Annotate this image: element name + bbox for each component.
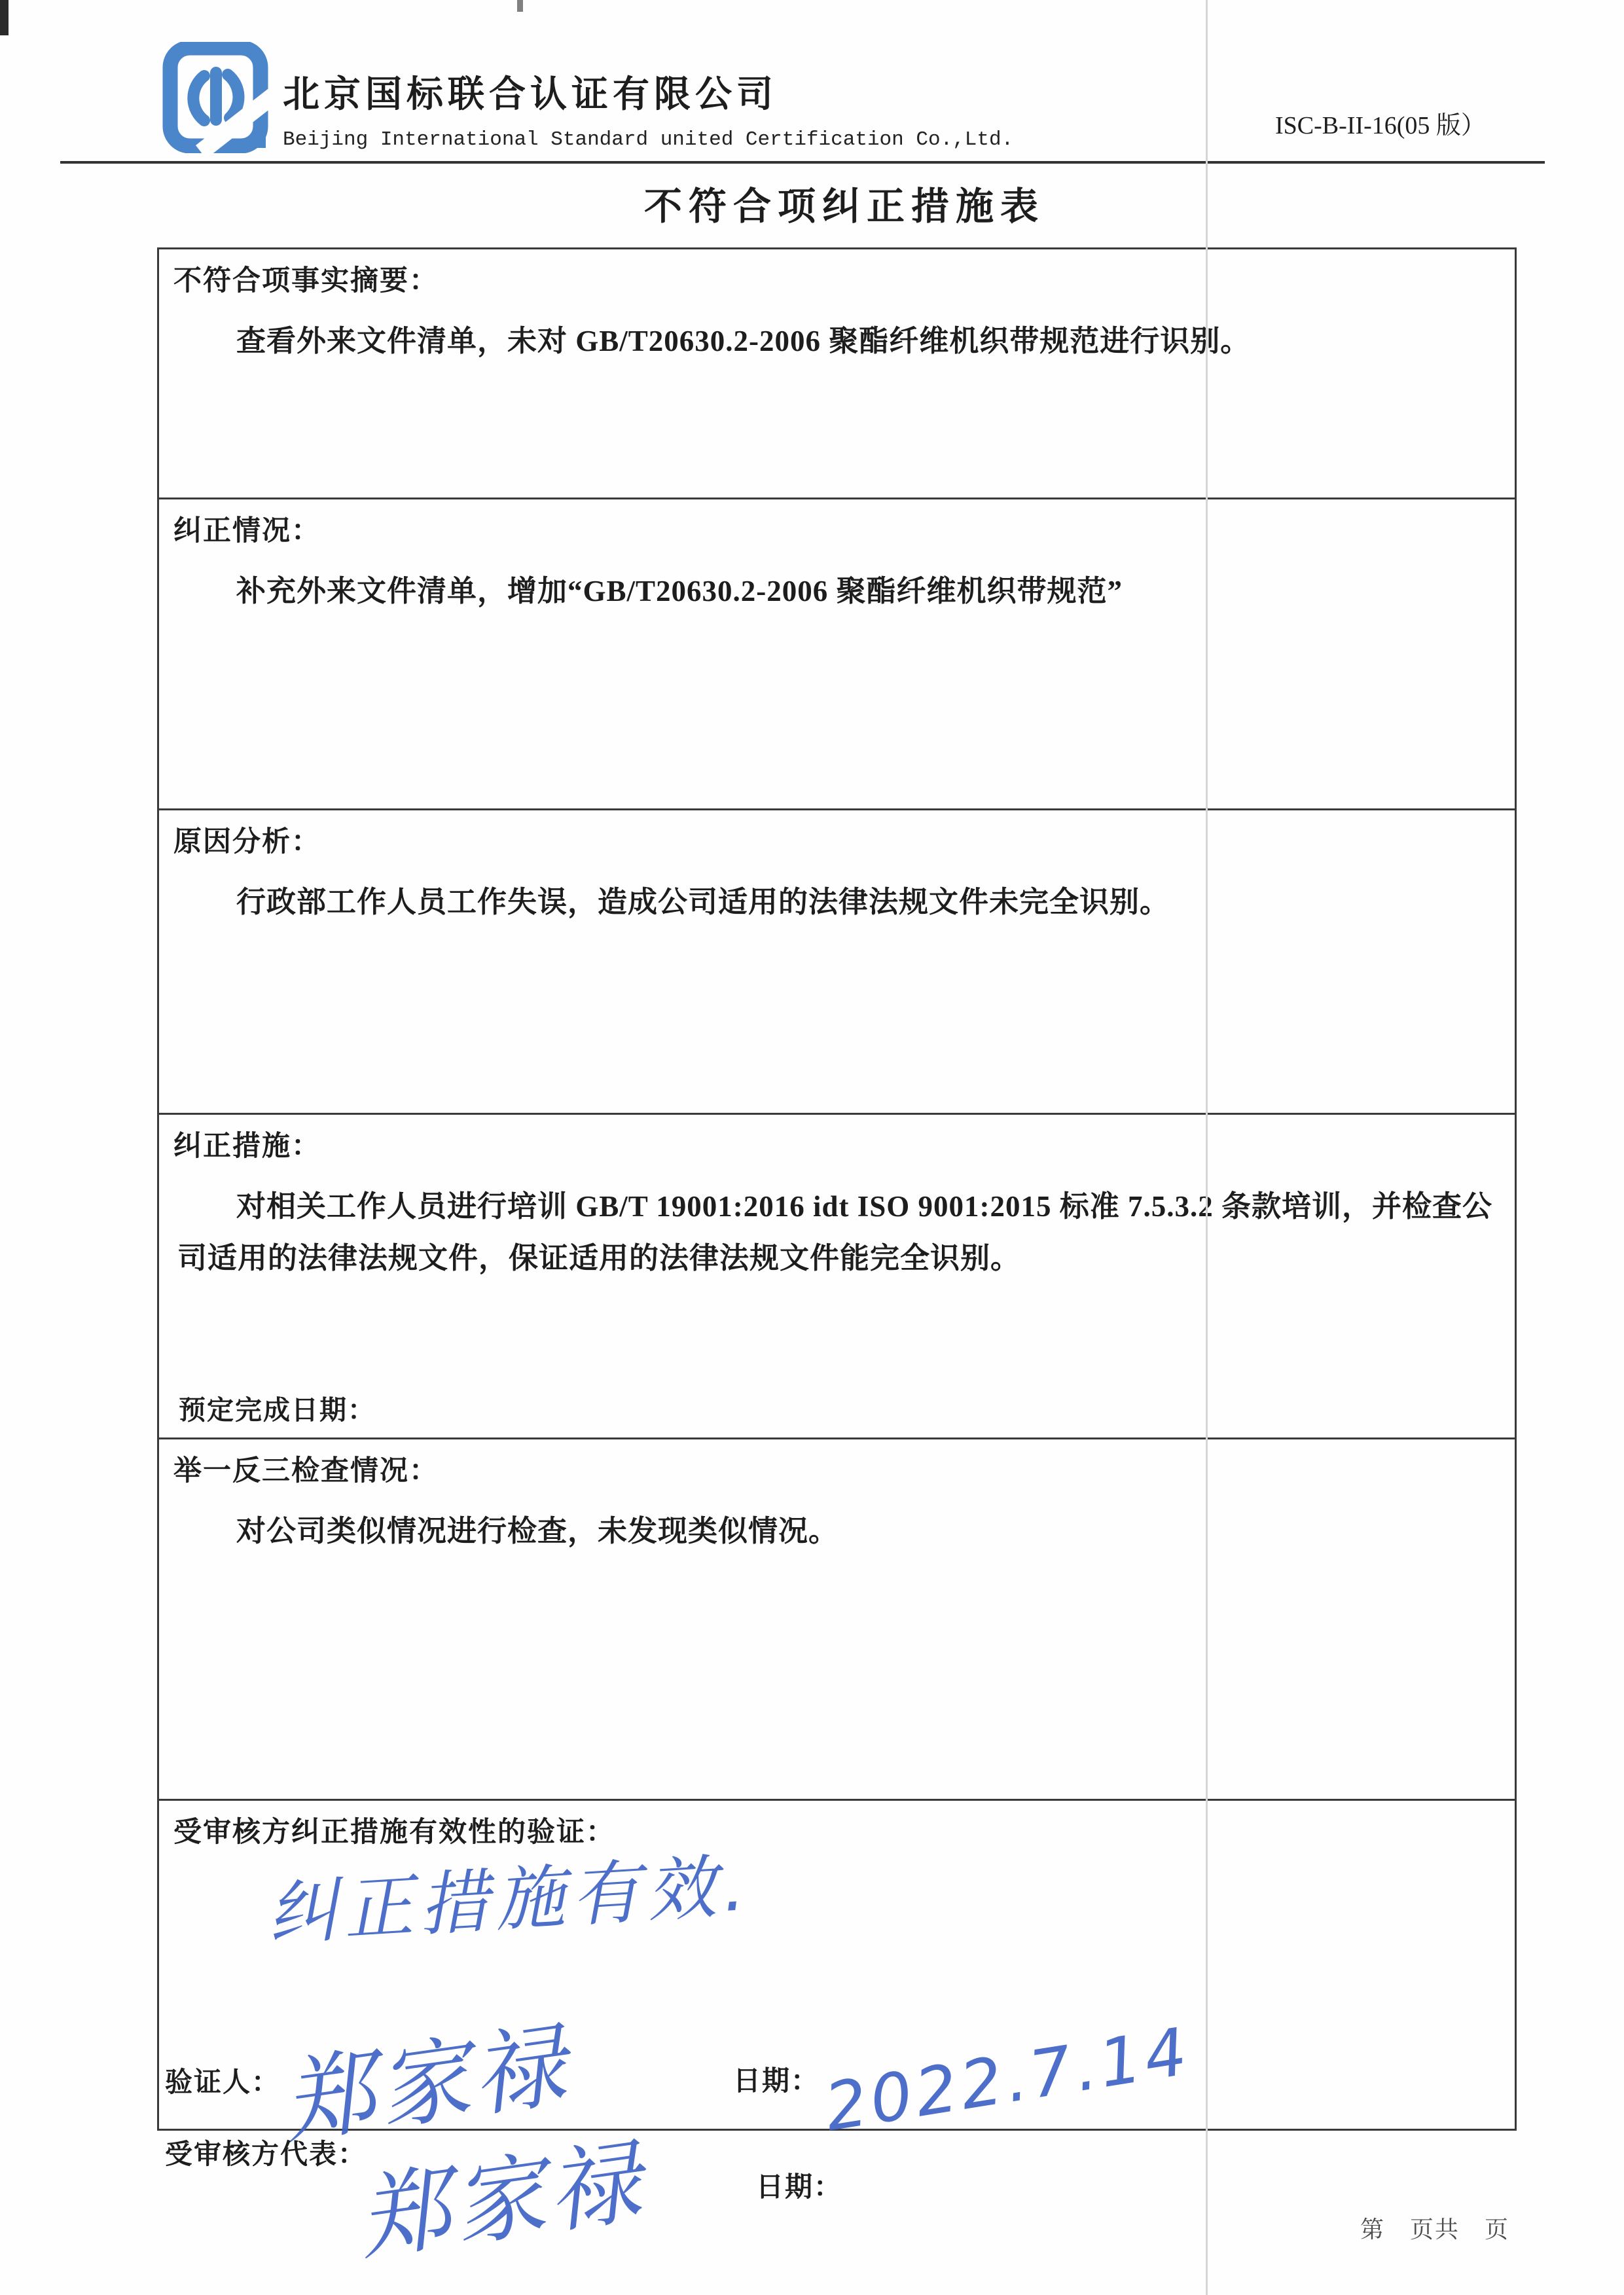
scan-edge-artifact: [517, 0, 523, 12]
verifier-date-label: 日期：: [733, 2059, 820, 2099]
corrective-action-table: 不符合项事实摘要： 查看外来文件清单，未对 GB/T20630.2-2006 聚…: [157, 247, 1517, 2131]
verifier-label: 验证人：: [165, 2061, 280, 2100]
company-name-en: Beijing International Standard united Ce…: [283, 128, 1013, 151]
header-rule: [60, 161, 1545, 164]
row-label: 纠正情况：: [173, 509, 1499, 549]
row-content: 行政部工作人员工作失误，造成公司适用的法律法规文件未完全识别。: [177, 876, 1495, 928]
row-extended-check: 举一反三检查情况： 对公司类似情况进行检查，未发现类似情况。: [159, 1439, 1515, 1801]
row-label: 纠正措施：: [173, 1124, 1499, 1164]
doc-code: ISC-B-II-16(05 版）: [1275, 105, 1486, 141]
row-corrective-action: 纠正措施： 对相关工作人员进行培训 GB/T 19001:2016 idt IS…: [159, 1115, 1515, 1439]
row-content: 查看外来文件清单，未对 GB/T20630.2-2006 聚酯纤维机织带规范进行…: [177, 316, 1495, 367]
row-content: 补充外来文件清单，增加“GB/T20630.2-2006 聚酯纤维机织带规范”: [177, 566, 1495, 617]
company-logo-icon: [162, 42, 268, 153]
scan-corner-artifact: [0, 0, 9, 35]
row-content: 对公司类似情况进行检查，未发现类似情况。: [177, 1506, 1495, 1557]
row-label: 受审核方纠正措施有效性的验证：: [173, 1810, 1499, 1850]
row-label: 原因分析：: [173, 820, 1499, 859]
row-cause-analysis: 原因分析： 行政部工作人员工作失误，造成公司适用的法律法规文件未完全识别。: [159, 810, 1515, 1115]
scanned-form-page: 北京国标联合认证有限公司 Beijing International Stand…: [0, 0, 1624, 2295]
auditee-date-label: 日期：: [756, 2165, 842, 2205]
row-label: 举一反三检查情况：: [173, 1449, 1499, 1489]
planned-completion-date-label: 预定完成日期：: [179, 1388, 376, 1427]
row-correction-status: 纠正情况： 补充外来文件清单，增加“GB/T20630.2-2006 聚酯纤维机…: [159, 499, 1515, 810]
row-label: 不符合项事实摘要：: [173, 259, 1499, 298]
scan-fold-line: [1206, 0, 1208, 2295]
row-nonconformity-summary: 不符合项事实摘要： 查看外来文件清单，未对 GB/T20630.2-2006 聚…: [159, 249, 1515, 499]
company-name-cn: 北京国标联合认证有限公司: [283, 65, 778, 118]
page-title: 不符合项纠正措施表: [0, 175, 1624, 230]
page-number-footer: 第 页共 页: [1360, 2211, 1509, 2245]
row-content: 对相关工作人员进行培训 GB/T 19001:2016 idt ISO 9001…: [177, 1181, 1495, 1284]
